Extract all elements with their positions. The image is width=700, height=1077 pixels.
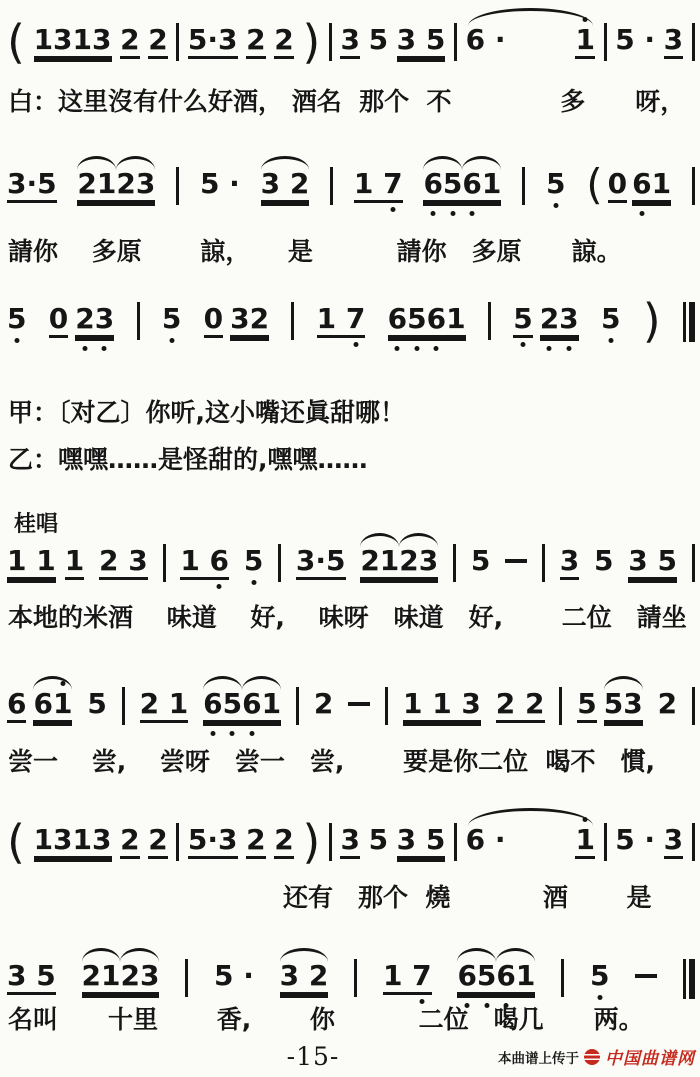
final-bar-thick bbox=[689, 959, 695, 999]
note-char: 5 bbox=[7, 305, 26, 333]
note-char: 1 bbox=[53, 690, 72, 718]
note-group: 6 bbox=[7, 690, 26, 723]
note-group: 3 2 bbox=[261, 170, 310, 203]
inline-paren: ( bbox=[586, 164, 602, 206]
note-char: 1 bbox=[516, 962, 535, 990]
note-char: 3 bbox=[340, 26, 359, 54]
note-char: 6 bbox=[423, 170, 442, 198]
lyrics-line-5: 尝一 尝, 尝呀 尝一 尝, 要是你二位 喝不 慣, bbox=[8, 742, 655, 778]
note-char: 2 bbox=[290, 170, 309, 198]
note-group: 2 bbox=[658, 690, 677, 720]
note-cluster: 523 bbox=[513, 305, 578, 338]
note-char: 7 bbox=[412, 962, 431, 990]
note-group: 1 7 bbox=[317, 305, 366, 338]
note-char: 3 bbox=[664, 826, 683, 854]
note-char: 3 bbox=[128, 547, 147, 575]
note-char: 5 bbox=[188, 826, 207, 854]
note-cluster: 1 11 bbox=[7, 547, 84, 580]
score-line-1: (1313225·322)353 56 ·15 ·3 bbox=[7, 26, 695, 65]
note-char bbox=[635, 826, 645, 854]
note-char bbox=[402, 962, 412, 990]
note-char: 1 bbox=[97, 170, 116, 198]
note-char: 5 bbox=[36, 962, 55, 990]
note-char bbox=[416, 26, 426, 54]
slur-arc bbox=[360, 533, 399, 547]
watermark: 本曲谱上传于 中国曲谱网 bbox=[498, 1044, 695, 1069]
note-char: 3 bbox=[397, 826, 416, 854]
slur-arc bbox=[462, 156, 501, 170]
note-group: 2 1 bbox=[140, 690, 189, 723]
note-char: 3 bbox=[419, 547, 438, 575]
slur-arc bbox=[457, 948, 496, 962]
note-char: 0 bbox=[49, 305, 68, 333]
close-paren: ) bbox=[643, 298, 661, 344]
note-char: 2 bbox=[250, 305, 269, 333]
note-group: 2 bbox=[148, 826, 167, 859]
note-char: 1 bbox=[354, 170, 373, 198]
note-char: 3 bbox=[53, 826, 72, 854]
final-barline bbox=[683, 959, 695, 999]
note-char: 7 bbox=[383, 170, 402, 198]
note-char bbox=[233, 962, 243, 990]
note-char: 2 bbox=[399, 547, 418, 575]
slur-arc bbox=[423, 156, 462, 170]
note-char: 5 bbox=[615, 826, 634, 854]
barline bbox=[454, 823, 457, 861]
note-char: 1 bbox=[652, 170, 671, 198]
note-group: 3·5 bbox=[296, 547, 346, 580]
note-char: 2 bbox=[658, 690, 677, 718]
note-group: 6561 bbox=[388, 305, 466, 338]
note-cluster: (061 bbox=[586, 170, 671, 206]
note-char: 3 bbox=[95, 305, 114, 333]
note-char: 6 bbox=[7, 690, 26, 718]
note-char: 6 bbox=[203, 690, 222, 718]
section-label: 桂唱 bbox=[14, 507, 58, 538]
slur-arc bbox=[242, 676, 281, 690]
slur-arc bbox=[120, 948, 159, 962]
note-char: 2 bbox=[148, 826, 167, 854]
note-char: 2 bbox=[82, 962, 101, 990]
note-char: · bbox=[26, 170, 37, 198]
note-char: 6 bbox=[457, 962, 476, 990]
note-char: 5 bbox=[87, 690, 106, 718]
note-group: 0 bbox=[49, 305, 68, 338]
dialogue-line-yi: 乙：嘿嘿……是怪甜的,嘿嘿…… bbox=[8, 440, 368, 476]
open-paren: ( bbox=[7, 19, 25, 65]
final-bar-thin bbox=[683, 302, 686, 342]
barline bbox=[278, 544, 281, 582]
tie-group: 6 ·1 bbox=[466, 26, 595, 59]
score-line-3: 502350321 765615235) bbox=[7, 305, 695, 344]
score-line-2: 3·521235 ·3 21 765615(061 bbox=[7, 170, 695, 206]
note-char: 1 bbox=[262, 690, 281, 718]
barline bbox=[692, 544, 695, 582]
note-char: 6 bbox=[632, 170, 651, 198]
slur-arc bbox=[203, 676, 242, 690]
barline bbox=[692, 167, 695, 205]
note-group: 1 bbox=[575, 826, 594, 859]
note-group: 61 bbox=[632, 170, 671, 203]
note-char: · bbox=[315, 547, 326, 575]
note-char bbox=[373, 170, 383, 198]
qupuwang-logo-icon bbox=[584, 1049, 600, 1065]
sheet-music-page: (1313225·322)353 56 ·15 ·3 白：这里沒有什么好酒， 酒… bbox=[0, 0, 700, 1077]
note-group: 5 bbox=[594, 547, 613, 577]
note-char: · bbox=[644, 26, 655, 54]
open-paren: ( bbox=[7, 819, 25, 865]
note-char: 3 bbox=[340, 826, 359, 854]
note-group: 5 bbox=[546, 170, 565, 200]
note-char: 3 bbox=[92, 826, 111, 854]
note-char bbox=[219, 170, 229, 198]
note-group: 3 bbox=[340, 826, 359, 859]
note-char: 2 bbox=[309, 962, 328, 990]
note-cluster: 023 bbox=[49, 305, 114, 338]
dash-note bbox=[635, 974, 657, 978]
note-group: 2123 bbox=[77, 170, 155, 203]
note-char: 5 bbox=[37, 170, 56, 198]
note-char: 1 bbox=[403, 690, 422, 718]
note-char: 1 bbox=[432, 690, 451, 718]
note-char: 1 bbox=[34, 826, 53, 854]
note-char: 1 bbox=[383, 962, 402, 990]
note-char: 1 bbox=[73, 26, 92, 54]
note-char: 3 bbox=[218, 26, 237, 54]
note-char: 1 bbox=[180, 547, 199, 575]
note-char: 3 bbox=[560, 547, 579, 575]
barline bbox=[561, 959, 564, 997]
note-char: 6 bbox=[496, 962, 515, 990]
barline bbox=[296, 687, 299, 725]
note-group: 5 · bbox=[200, 170, 240, 200]
note-group: 6 · bbox=[466, 826, 506, 856]
barline bbox=[185, 959, 188, 997]
note-char: · bbox=[207, 26, 218, 54]
note-char: 2 bbox=[120, 26, 139, 54]
final-bar-thin bbox=[683, 959, 686, 999]
slur-arc bbox=[116, 156, 155, 170]
note-char: 5 bbox=[162, 305, 181, 333]
note-group: 2 bbox=[274, 26, 293, 59]
barline bbox=[488, 302, 491, 340]
barline bbox=[291, 302, 294, 340]
note-char: 2 bbox=[148, 26, 167, 54]
note-char: 6 bbox=[466, 26, 485, 54]
note-char: 1 bbox=[575, 826, 594, 854]
note-group: 2 bbox=[148, 26, 167, 59]
barline bbox=[604, 823, 607, 861]
note-char: 2 bbox=[99, 547, 118, 575]
score-line-7: 3 521235 ·3 21 765615 bbox=[7, 962, 695, 999]
note-char: 1 bbox=[169, 690, 188, 718]
barline bbox=[604, 23, 607, 61]
note-char: 3 bbox=[7, 962, 26, 990]
note-group: 5 bbox=[7, 305, 26, 335]
note-char: 5 bbox=[590, 962, 609, 990]
note-char bbox=[159, 690, 169, 718]
note-char: 6 bbox=[210, 547, 229, 575]
note-group: 5 bbox=[601, 305, 620, 335]
note-group: 23 bbox=[75, 305, 114, 338]
barline bbox=[176, 167, 179, 205]
note-char: 5 bbox=[658, 547, 677, 575]
barline bbox=[354, 959, 357, 997]
note-group: 3 5 bbox=[7, 962, 56, 995]
note-char: 2 bbox=[75, 305, 94, 333]
watermark-site-name: 中国曲谱网 bbox=[605, 1044, 695, 1069]
note-char: 5 bbox=[188, 26, 207, 54]
note-char: 3 bbox=[397, 26, 416, 54]
note-group: 2 2 bbox=[496, 690, 545, 723]
barline bbox=[559, 687, 562, 725]
note-group: 0 bbox=[204, 305, 223, 338]
note-char bbox=[280, 170, 290, 198]
score-line-6: (1313225·322)353 56 ·15 ·3 bbox=[7, 826, 695, 865]
dialogue-line-jia: 甲：〔对乙〕你听,这小嘴还眞甜哪！ bbox=[8, 393, 405, 429]
note-char: · bbox=[495, 26, 506, 54]
note-group: 5·3 bbox=[188, 26, 238, 59]
note-group: 5·3 bbox=[188, 826, 238, 859]
note-group: 6 · bbox=[466, 26, 506, 56]
barline bbox=[542, 544, 545, 582]
note-char: 1 bbox=[65, 547, 84, 575]
note-group: 3 bbox=[340, 26, 359, 59]
barline bbox=[692, 23, 695, 61]
note-char: 6 bbox=[242, 690, 261, 718]
note-char: 3 bbox=[218, 826, 237, 854]
note-group: 3 bbox=[664, 826, 683, 859]
note-char: 2 bbox=[246, 826, 265, 854]
score-line-4: 1 112 31 653·521235353 5 bbox=[7, 547, 695, 582]
slur-arc bbox=[399, 533, 438, 547]
note-char: 3 bbox=[7, 170, 26, 198]
barline bbox=[329, 823, 332, 861]
note-char: 5 bbox=[604, 690, 623, 718]
note-group: 3 5 bbox=[628, 547, 677, 580]
note-char: 3 bbox=[92, 26, 111, 54]
note-group: 23 bbox=[540, 305, 579, 338]
note-char: 3 bbox=[280, 962, 299, 990]
note-char bbox=[200, 547, 210, 575]
barline bbox=[176, 23, 179, 61]
note-group: 5 bbox=[590, 962, 609, 992]
note-char: 0 bbox=[204, 305, 223, 333]
note-char: 2 bbox=[525, 690, 544, 718]
note-group: 6561 bbox=[423, 170, 501, 203]
lyrics-line-1: 白：这里沒有什么好酒， 酒名 那个 不 多 呀， bbox=[8, 82, 685, 118]
note-char: · bbox=[644, 826, 655, 854]
note-char: 5 bbox=[577, 690, 596, 718]
note-char: 2 bbox=[360, 547, 379, 575]
note-group: 1 6 bbox=[180, 547, 229, 580]
barline bbox=[163, 544, 166, 582]
tie-slur-arc bbox=[468, 8, 593, 26]
note-char: 0 bbox=[608, 170, 627, 198]
note-group: 1 7 bbox=[354, 170, 403, 203]
note-char bbox=[118, 547, 128, 575]
note-group: 2123 bbox=[82, 962, 160, 995]
note-char: 6 bbox=[33, 690, 52, 718]
tie-slur-arc bbox=[468, 808, 593, 826]
close-paren: ) bbox=[302, 819, 320, 865]
note-char: 5 bbox=[615, 26, 634, 54]
note-char: 2 bbox=[314, 690, 333, 718]
barline bbox=[692, 823, 695, 861]
note-group: 1 1 3 bbox=[403, 690, 481, 723]
lyrics-line-2: 請你 多原 諒， 是 請你 多原 諒。 bbox=[8, 232, 622, 268]
note-char: 2 bbox=[140, 690, 159, 718]
slur-arc bbox=[280, 948, 329, 962]
note-char: 1 bbox=[380, 547, 399, 575]
note-char: · bbox=[495, 826, 506, 854]
note-group: 3 5 bbox=[397, 826, 446, 859]
note-cluster: 553 bbox=[577, 690, 642, 723]
note-char: 2 bbox=[496, 690, 515, 718]
note-char: 3 bbox=[53, 26, 72, 54]
note-group: 5 bbox=[471, 547, 490, 577]
note-char: 2 bbox=[116, 170, 135, 198]
slur-arc bbox=[82, 948, 121, 962]
note-char: 5 bbox=[214, 962, 233, 990]
note-char: 6 bbox=[388, 305, 407, 333]
note-char: 3 bbox=[140, 962, 159, 990]
note-char: 3 bbox=[628, 547, 647, 575]
note-char: 2 bbox=[246, 26, 265, 54]
note-char: 1 bbox=[73, 826, 92, 854]
note-group: 5 bbox=[162, 305, 181, 335]
note-char: 5 bbox=[443, 170, 462, 198]
note-char: 5 bbox=[223, 690, 242, 718]
note-char bbox=[416, 826, 426, 854]
note-char bbox=[26, 547, 36, 575]
close-paren: ) bbox=[302, 19, 320, 65]
barline bbox=[454, 23, 457, 61]
barline bbox=[122, 687, 125, 725]
note-group: 1 7 bbox=[383, 962, 432, 995]
note-group: 5 · bbox=[615, 26, 655, 56]
note-char: 5 bbox=[369, 826, 388, 854]
note-char: 6 bbox=[427, 305, 446, 333]
note-group: 3 5 bbox=[397, 26, 446, 59]
barline bbox=[329, 23, 332, 61]
note-char: 5 bbox=[407, 305, 426, 333]
barline bbox=[692, 687, 695, 725]
note-cluster: 661 bbox=[7, 690, 72, 723]
note-group: 2 bbox=[246, 26, 265, 59]
slur-arc bbox=[261, 156, 310, 170]
barline bbox=[385, 687, 388, 725]
dash-note bbox=[348, 702, 370, 706]
note-char: 2 bbox=[274, 826, 293, 854]
note-char: 5 bbox=[200, 170, 219, 198]
note-group: 5 bbox=[577, 690, 596, 723]
note-char: 3 bbox=[559, 305, 578, 333]
note-char: 5 bbox=[369, 26, 388, 54]
slur-arc bbox=[604, 676, 643, 690]
barline bbox=[330, 167, 333, 205]
note-char: 5 bbox=[513, 305, 532, 333]
note-char bbox=[485, 826, 495, 854]
final-bar-thick bbox=[689, 302, 695, 342]
note-char: 5 bbox=[594, 547, 613, 575]
note-char: 2 bbox=[540, 305, 559, 333]
note-group: 32 bbox=[230, 305, 269, 338]
dash-note bbox=[505, 559, 527, 563]
lyrics-line-7: 名叫 十里 香, 你 二位 喝几 两。 bbox=[8, 1000, 644, 1036]
note-group: 5 bbox=[369, 826, 388, 856]
note-char: 1 bbox=[446, 305, 465, 333]
note-group: 5 bbox=[369, 26, 388, 56]
note-char bbox=[26, 962, 36, 990]
note-char: · bbox=[207, 826, 218, 854]
note-group: 61 bbox=[33, 690, 72, 723]
note-char: 1 bbox=[575, 26, 594, 54]
page-number: -15- bbox=[258, 1042, 368, 1071]
note-cluster: 032 bbox=[204, 305, 269, 338]
slur-arc bbox=[33, 676, 72, 690]
note-group: 5 bbox=[513, 305, 532, 338]
note-char: 1 bbox=[7, 547, 26, 575]
note-group: 5 bbox=[87, 690, 106, 720]
note-char: 3 bbox=[261, 170, 280, 198]
barline bbox=[522, 167, 525, 205]
note-char: 6 bbox=[466, 826, 485, 854]
slur-arc bbox=[496, 948, 535, 962]
note-group: 2 bbox=[314, 690, 333, 720]
note-group: 2123 bbox=[360, 547, 438, 580]
note-char: 3 bbox=[461, 690, 480, 718]
note-char: 5 bbox=[426, 826, 445, 854]
note-char: 1 bbox=[36, 547, 55, 575]
note-group: 2 bbox=[274, 826, 293, 859]
note-char: 1 bbox=[101, 962, 120, 990]
note-group: 3 bbox=[560, 547, 579, 580]
note-group: 1 1 bbox=[7, 547, 56, 580]
note-group: 3 bbox=[664, 26, 683, 59]
note-group: 6561 bbox=[203, 690, 281, 723]
note-char: 2 bbox=[120, 962, 139, 990]
note-char: 5 bbox=[244, 547, 263, 575]
note-char bbox=[485, 26, 495, 54]
note-group: 2 bbox=[120, 26, 139, 59]
note-char: 1 bbox=[34, 26, 53, 54]
note-char: 3 bbox=[136, 170, 155, 198]
note-char bbox=[515, 690, 525, 718]
final-barline bbox=[683, 302, 695, 342]
note-char: 6 bbox=[462, 170, 481, 198]
note-group: 0 bbox=[608, 170, 627, 203]
note-group: 2 bbox=[246, 826, 265, 859]
barline bbox=[453, 544, 456, 582]
note-group: 3 2 bbox=[280, 962, 329, 995]
note-char: 2 bbox=[274, 26, 293, 54]
note-char bbox=[635, 26, 645, 54]
note-group: 1 bbox=[65, 547, 84, 580]
note-char: 3 bbox=[230, 305, 249, 333]
watermark-prefix-label: 本曲谱上传于 bbox=[498, 1047, 579, 1067]
note-char: 5 bbox=[426, 26, 445, 54]
barline bbox=[137, 302, 140, 340]
note-char: · bbox=[243, 962, 254, 990]
note-char: 5 bbox=[601, 305, 620, 333]
note-group: 3·5 bbox=[7, 170, 57, 203]
note-char bbox=[452, 690, 462, 718]
note-group: 6561 bbox=[457, 962, 535, 995]
note-char bbox=[336, 305, 346, 333]
note-group: 5 · bbox=[615, 826, 655, 856]
note-group: 2 bbox=[120, 826, 139, 859]
